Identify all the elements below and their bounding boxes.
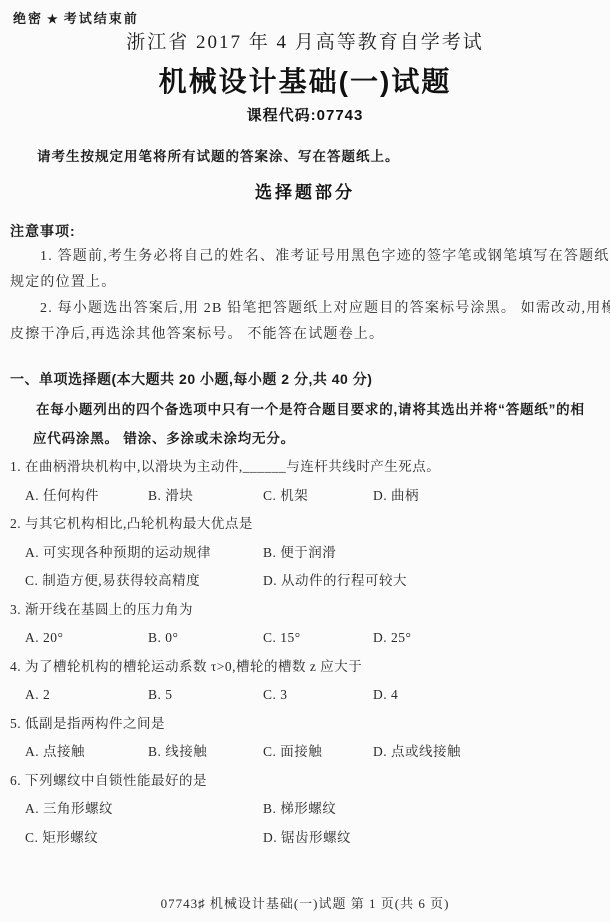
option-b: B. 5 [148,681,263,710]
secret-prefix: 绝密 [13,11,43,26]
option-c: C. 3 [263,681,373,710]
option-a: A. 三角形螺纹 [25,795,263,824]
option-a: A. 可实现各种预期的运动规律 [25,539,263,568]
section-one-heading: 一、单项选择题(本大题共 20 小题,每小题 2 分,共 40 分) [0,370,610,389]
course-code: 课程代码:07743 [0,106,610,126]
option-d: D. 4 [373,681,610,710]
section-one-intro: 在每小题列出的四个备选项中只有一个是符合题目要求的,请将其选出并将“答题纸”的相… [0,395,610,453]
section-one-intro-line: 应代码涂黑。 错涂、多涂或未涂均无分。 [0,424,610,453]
section-one-intro-line: 在每小题列出的四个备选项中只有一个是符合题目要求的,请将其选出并将“答题纸”的相 [0,395,610,424]
option-a: A. 2 [25,681,148,710]
option-d: D. 曲柄 [373,482,610,511]
option-row: A. 可实现各种预期的运动规律 B. 便于润滑 [0,539,610,568]
option-row: A. 2 B. 5 C. 3 D. 4 [0,681,610,710]
option-b: B. 线接触 [148,738,263,767]
note-line: 1. 答题前,考生务必将自己的姓名、准考证号用黑色字迹的签字笔或钢笔填写在答题纸 [0,244,610,270]
option-row: A. 点接触 B. 线接触 C. 面接触 D. 点或线接触 [0,738,610,767]
option-d: D. 25° [373,624,610,653]
option-d: D. 点或线接触 [373,738,610,767]
question-2: 2. 与其它机构相比,凸轮机构最大优点是 A. 可实现各种预期的运动规律 B. … [0,510,610,596]
option-c: C. 机架 [263,482,373,511]
option-b: B. 便于润滑 [263,539,610,568]
secret-banner: 绝密★考试结束前 [13,8,139,27]
question-text: 5. 低副是指两构件之间是 [0,710,610,739]
option-c: C. 面接触 [263,738,373,767]
option-d: D. 锯齿形螺纹 [263,824,610,853]
note-line: 规定的位置上。 [0,270,610,296]
option-b: B. 梯形螺纹 [263,795,610,824]
option-b: B. 滑块 [148,482,263,511]
option-row: A. 三角形螺纹 B. 梯形螺纹 [0,795,610,824]
question-text: 6. 下列螺纹中自锁性能最好的是 [0,767,610,796]
option-a: A. 点接触 [25,738,148,767]
option-row: C. 制造方便,易获得较高精度 D. 从动件的行程可较大 [0,567,610,596]
option-row: A. 20° B. 0° C. 15° D. 25° [0,624,610,653]
option-a: A. 任何构件 [25,482,148,511]
exam-paper-page: 绝密★考试结束前 浙江省 2017 年 4 月高等教育自学考试 机械设计基础(一… [0,0,610,922]
page-footer: 07743♯ 机械设计基础(一)试题 第 1 页(共 6 页) [0,893,610,912]
option-b: B. 0° [148,624,263,653]
star-icon: ★ [43,12,64,26]
instruction-line: 请考生按规定用笔将所有试题的答案涂、写在答题纸上。 [0,148,610,166]
paper-title: 机械设计基础(一)试题 [0,64,610,100]
option-row: C. 矩形螺纹 D. 锯齿形螺纹 [0,824,610,853]
question-text: 1. 在曲柄滑块机构中,以滑块为主动件,______与连杆共线时产生死点。 [0,453,610,482]
question-6: 6. 下列螺纹中自锁性能最好的是 A. 三角形螺纹 B. 梯形螺纹 C. 矩形螺… [0,767,610,853]
notes-heading: 注意事项: [0,222,610,241]
option-a: A. 20° [25,624,148,653]
option-c: C. 15° [263,624,373,653]
question-text: 4. 为了槽轮机构的槽轮运动系数 τ>0,槽轮的槽数 z 应大于 [0,653,610,682]
question-1: 1. 在曲柄滑块机构中,以滑块为主动件,______与连杆共线时产生死点。 A.… [0,453,610,510]
secret-suffix: 考试结束前 [64,11,139,26]
option-c: C. 矩形螺纹 [25,824,263,853]
exam-session-title: 浙江省 2017 年 4 月高等教育自学考试 [0,30,610,56]
option-d: D. 从动件的行程可较大 [263,567,610,596]
question-3: 3. 渐开线在基圆上的压力角为 A. 20° B. 0° C. 15° D. 2… [0,596,610,653]
note-line: 2. 每小题选出答案后,用 2B 铅笔把答题纸上对应题目的答案标号涂黑。 如需改… [0,296,610,322]
option-c: C. 制造方便,易获得较高精度 [25,567,263,596]
notes-block: 1. 答题前,考生务必将自己的姓名、准考证号用黑色字迹的签字笔或钢笔填写在答题纸… [0,244,610,348]
question-text: 3. 渐开线在基圆上的压力角为 [0,596,610,625]
note-line: 皮擦干净后,再选涂其他答案标号。 不能答在试题卷上。 [0,322,610,348]
section-title: 选择题部分 [0,181,610,204]
question-4: 4. 为了槽轮机构的槽轮运动系数 τ>0,槽轮的槽数 z 应大于 A. 2 B.… [0,653,610,710]
question-text: 2. 与其它机构相比,凸轮机构最大优点是 [0,510,610,539]
question-5: 5. 低副是指两构件之间是 A. 点接触 B. 线接触 C. 面接触 D. 点或… [0,710,610,767]
option-row: A. 任何构件 B. 滑块 C. 机架 D. 曲柄 [0,482,610,511]
question-list: 1. 在曲柄滑块机构中,以滑块为主动件,______与连杆共线时产生死点。 A.… [0,453,610,852]
